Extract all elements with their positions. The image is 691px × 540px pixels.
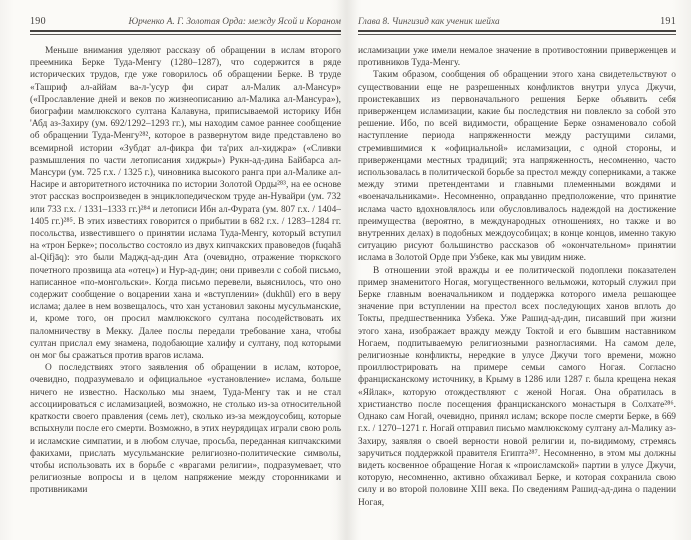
- header-rule: [358, 30, 676, 35]
- paragraph: О последствиях этого заявления об обраще…: [30, 362, 341, 496]
- page-right-content: Глава 8. Чингизид как ученик шейха 191 и…: [358, 16, 676, 509]
- running-title: Юрченко А. Г. Золотая Орда: между Ясой и…: [128, 17, 341, 27]
- header-rule: [30, 30, 341, 35]
- page-body: исламизации уже имели немалое значение в…: [358, 45, 676, 509]
- page-number: 191: [660, 16, 676, 27]
- book-scan: 190 Юрченко А. Г. Золотая Орда: между Яс…: [0, 0, 691, 540]
- page-left-content: 190 Юрченко А. Г. Золотая Орда: между Яс…: [30, 16, 341, 497]
- paragraph: Меньше внимания уделяют рассказу об обра…: [30, 45, 341, 362]
- page-number: 190: [30, 16, 46, 27]
- running-title: Глава 8. Чингизид как ученик шейха: [358, 17, 500, 27]
- page-header: 190 Юрченко А. Г. Золотая Орда: между Яс…: [30, 16, 341, 27]
- page-header: Глава 8. Чингизид как ученик шейха 191: [358, 16, 676, 27]
- page-left: 190 Юрченко А. Г. Золотая Орда: между Яс…: [0, 0, 345, 540]
- paragraph: Таким образом, сообщения об обращении эт…: [358, 69, 676, 264]
- page-right: Глава 8. Чингизид как ученик шейха 191 и…: [346, 0, 691, 540]
- paragraph: исламизации уже имели немалое значение в…: [358, 45, 676, 69]
- paragraph: В отношении этой вражды и ее политическо…: [358, 265, 676, 509]
- page-body: Меньше внимания уделяют рассказу об обра…: [30, 45, 341, 497]
